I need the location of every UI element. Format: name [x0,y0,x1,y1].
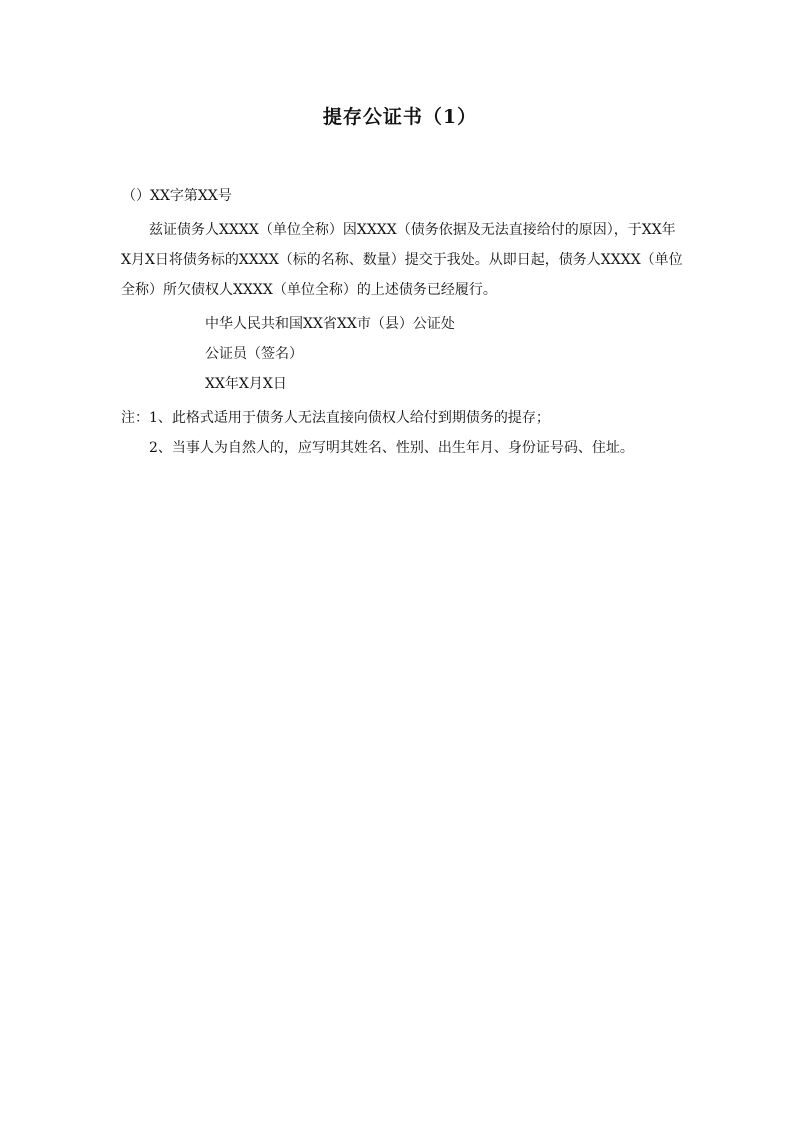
notary-signature: 公证员（签名） [205,344,303,364]
note-2: 2、当事人为自然人的，应写明其姓名、性别、出生年月、身份证号码、住址。 [149,438,634,458]
document-number: （）XX字第XX号 [122,186,232,206]
document-page: 提存公证书（1） （）XX字第XX号 兹证债务人XXXX（单位全称）因XXXX（… [0,0,800,1132]
body-line-3: 全称）所欠债权人XXXX（单位全称）的上述债务已经履行。 [121,275,681,305]
document-title: 提存公证书（1） [0,104,800,130]
body-line-1: 兹证债务人XXXX（单位全称）因XXXX（债务依据及无法直接给付的原因），于XX… [121,215,681,245]
body-paragraph: 兹证债务人XXXX（单位全称）因XXXX（债务依据及无法直接给付的原因），于XX… [121,215,681,305]
notary-office: 中华人民共和国XX省XX市（县）公证处 [205,314,455,334]
note-1: 注：1、此格式适用于债务人无法直接向债权人给付到期债务的提存； [121,408,550,428]
signature-date: XX年X月X日 [205,374,287,394]
body-line-2: X月X日将债务标的XXXX（标的名称、数量）提交于我处。从即日起，债务人XXXX… [121,245,681,275]
